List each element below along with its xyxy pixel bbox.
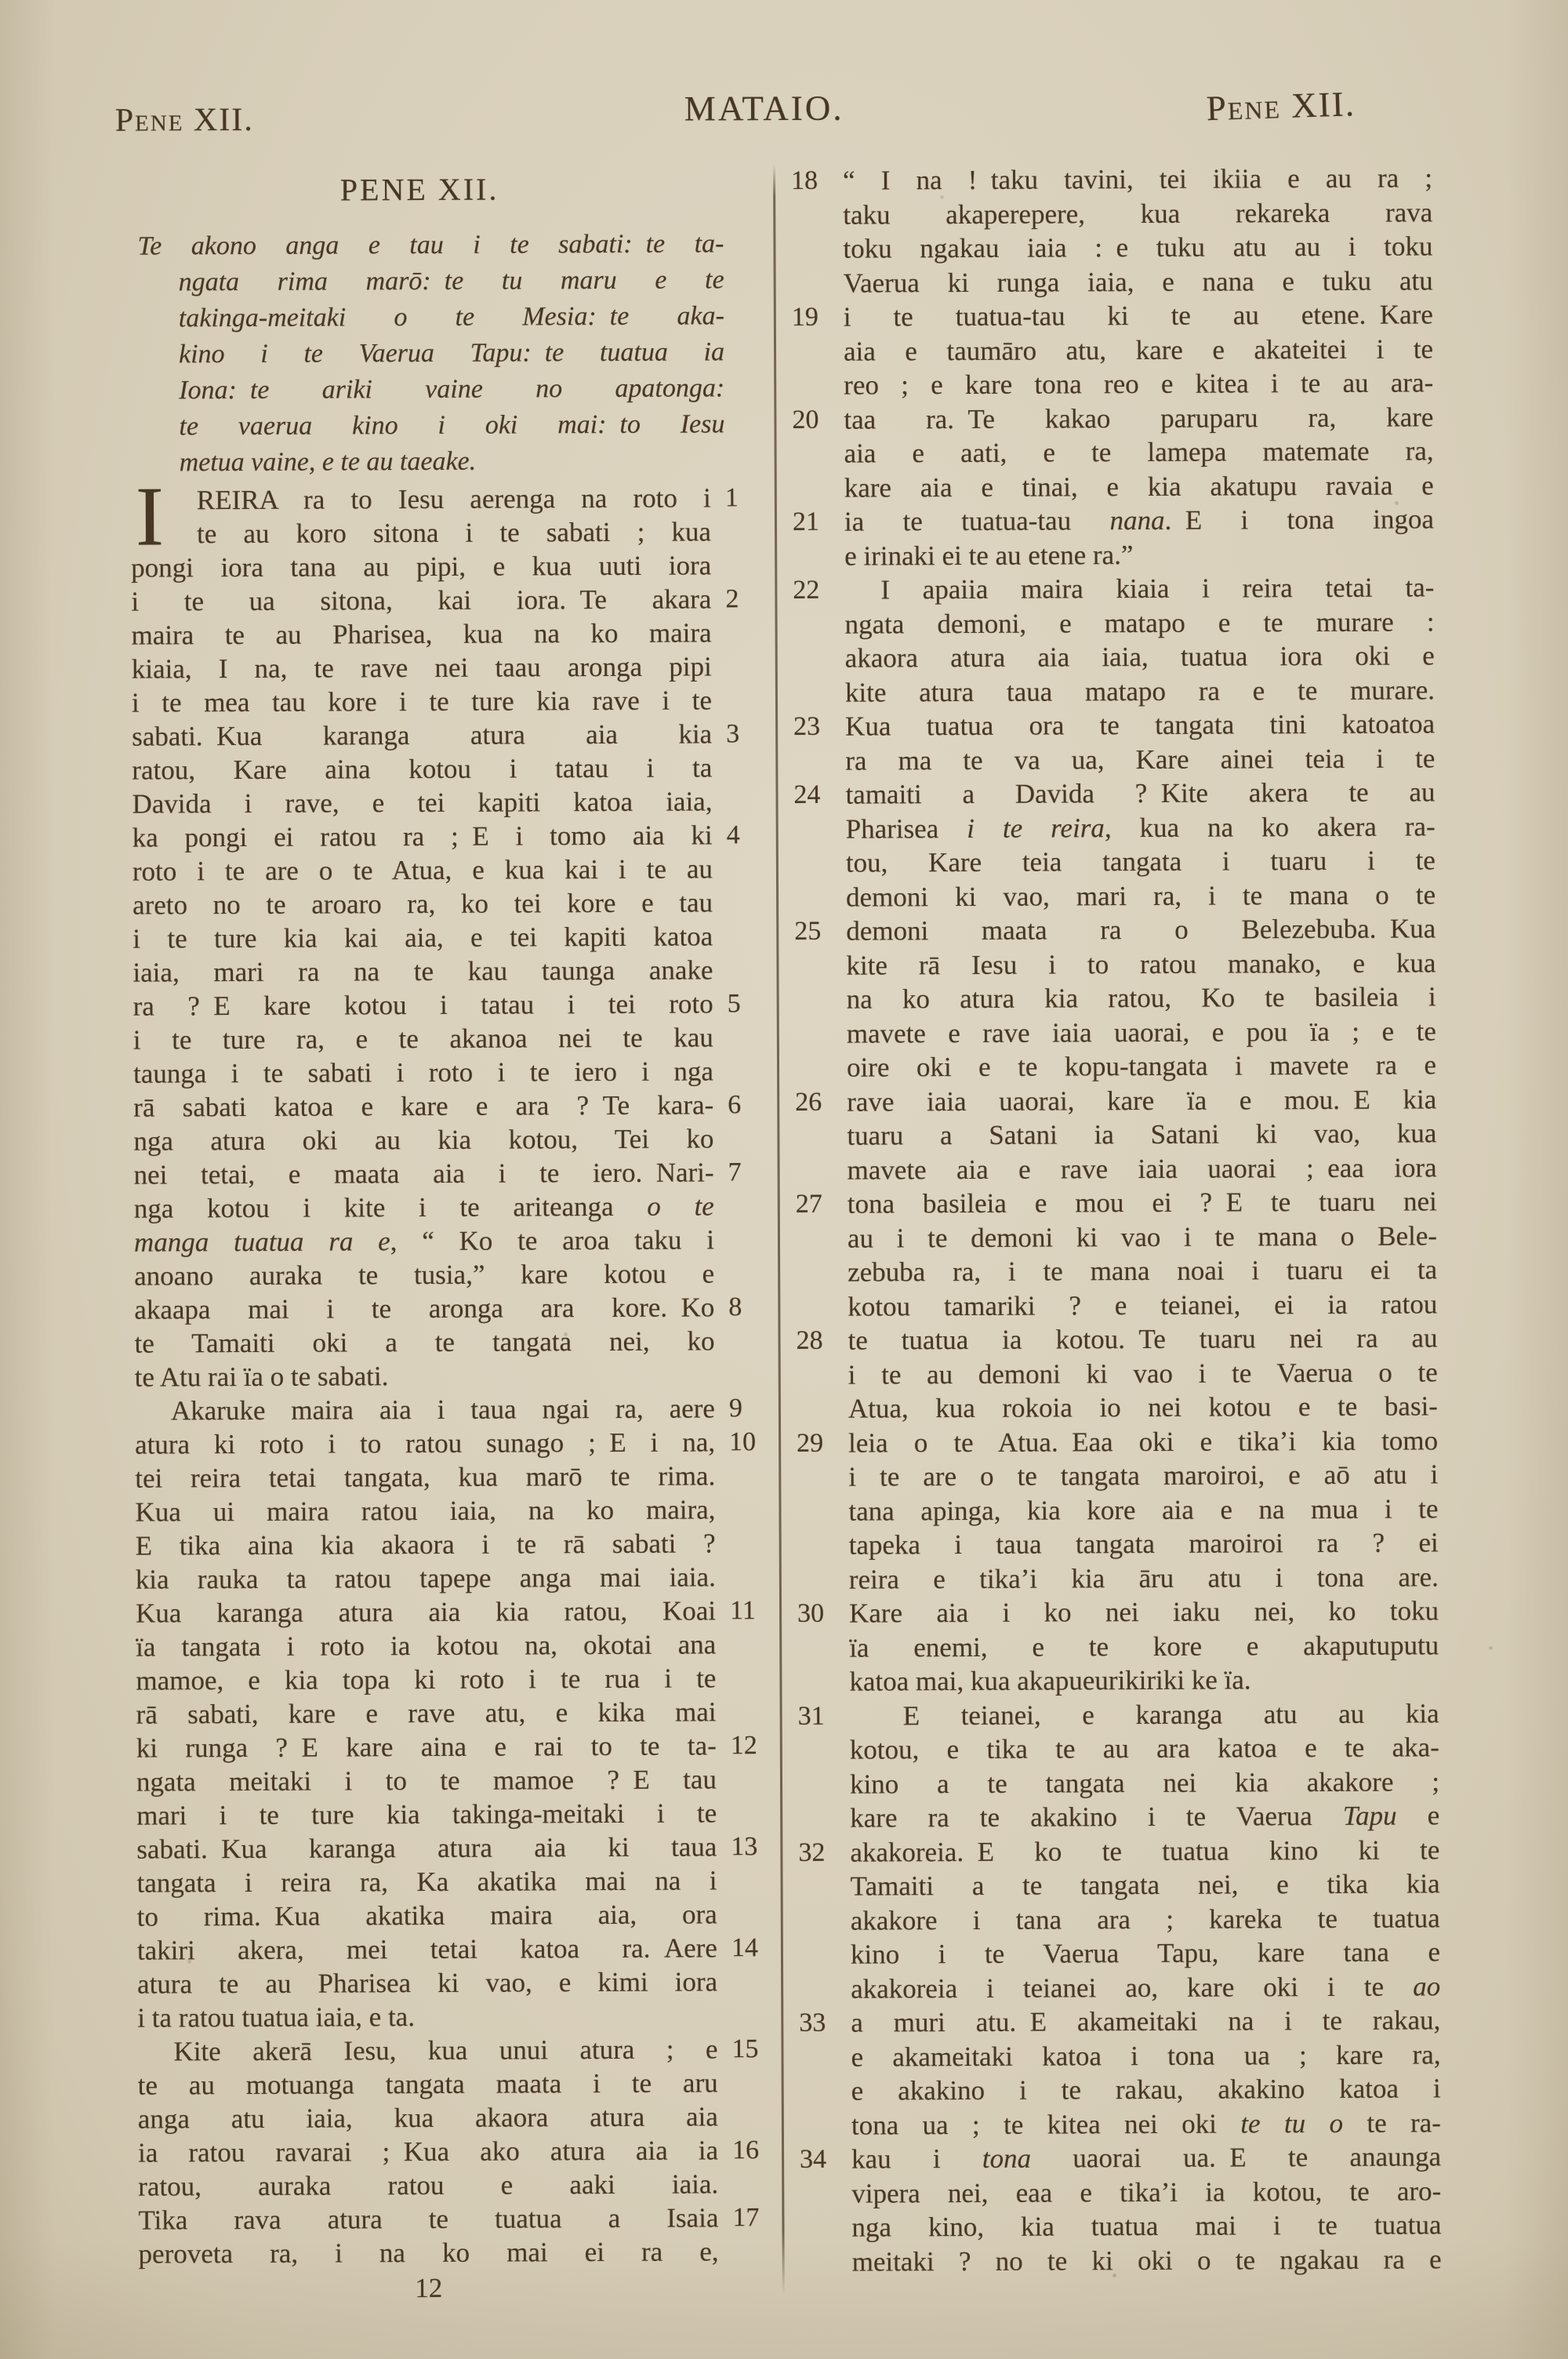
text-line: Kua ui maira ratou iaia, na ko maira,: [135, 1493, 771, 1530]
summary-line: Te akono anga e tau i te sabati: te ta-: [137, 226, 724, 264]
verse-number: 7: [728, 1156, 742, 1189]
text-segment: a muri atu. E akameitaki na i te rakau,: [851, 2005, 1440, 2037]
text-line: anga atu iaia, kua akaora atura aia: [138, 2100, 775, 2137]
text-segment: e akakino i te rakau, akakino katoa i: [851, 2073, 1441, 2106]
verse-number: 20: [792, 403, 818, 436]
summary-line: kino i te Vaerua Tapu: te tuatua ia: [138, 334, 724, 373]
text-segment: te ra-: [1343, 2107, 1441, 2139]
verse-number: 31: [798, 1699, 825, 1732]
text-segment: te Tamaiti oki a te tangata nei, ko: [134, 1325, 714, 1358]
text-segment: Tamaiti a te tangata nei, e tika kia: [851, 1868, 1440, 1901]
text-segment: ïa tangata i roto ia kotou na, okotai an…: [136, 1629, 716, 1662]
text-line: 32akakoreia. E ko te tuatua kino ki te: [797, 1834, 1449, 1870]
text-line: 12ki runga ? E kare aina e rai to te ta-: [136, 1729, 773, 1766]
text-segment: toku ngakau iaia : e tuku atu au i toku: [843, 231, 1432, 264]
text-segment: i te are o te tangata maroiroi, e aō atu…: [848, 1459, 1438, 1492]
text-line: mari i te ture kia takinga-meitaki i te: [136, 1797, 773, 1834]
book-page: Pene XII. MATAIO. Pene XII. PENE XII. Te…: [0, 0, 1568, 2359]
text-line: vipera nei, eaa e tika’i ia kotou, te ar…: [798, 2175, 1450, 2212]
text-line: akakoreia i teianei ao, kare oki i te ao: [797, 1970, 1450, 2007]
text-segment: Davida i rave, e tei kapiti katoa iaia,: [132, 786, 712, 819]
book-title: MATAIO.: [600, 87, 929, 129]
text-segment: sabati. Kua karanga atura aia ki taua: [136, 1831, 717, 1864]
text-line: 24tamaiti a Davida ? Kite akera te au: [792, 776, 1444, 812]
text-line: e irinaki ei te au etene ra.”: [791, 537, 1443, 574]
text-line: i te ture ra, e te akanoa nei te kau: [133, 1021, 770, 1058]
text-segment: kite rā Iesu i to ratou manako, e kua: [846, 947, 1436, 980]
text-segment: akakore i tana ara ; kareka te tuatua: [851, 1903, 1440, 1936]
text-segment: nei tetai, e maata aia i te iero. Nari-: [134, 1157, 714, 1190]
text-line: E tika aina kia akaora i te rā sabati ?: [136, 1527, 772, 1564]
text-line: kare ra te akakino i te Vaerua Tapu e: [797, 1799, 1449, 1836]
text-line: 5ra ? E kare kotou i tatau i tei roto: [133, 987, 770, 1024]
text-segment: i te tuatua-tau ki te au etene. Kare: [844, 299, 1433, 332]
column-divider: [773, 165, 785, 2295]
text-segment: E teianei, e karanga atu au kia: [903, 1698, 1439, 1731]
text-segment: kino a te tangata nei kia akakore ;: [850, 1766, 1439, 1799]
text-segment: i te ture ra, e te akanoa nei te kau: [133, 1022, 713, 1055]
text-line: nga kotou i kite i te ariteanga o te: [134, 1190, 771, 1227]
text-line: peroveta ra, i na ko mai ei ra e,: [139, 2235, 775, 2272]
text-line: taku akaperepere, kua rekareka rava: [789, 196, 1442, 233]
italic-text: Tapu: [1343, 1801, 1397, 1831]
text-segment: . E i tona ingoa: [1164, 503, 1434, 535]
text-line: te Tamaiti oki a te tangata nei, ko: [134, 1325, 771, 1361]
text-segment: i te ua sitona, kai iora. Te akara: [131, 583, 711, 616]
text-segment: anga atu iaia, kua akaora atura aia: [138, 2101, 718, 2134]
verse-number: 9: [729, 1392, 742, 1425]
text-segment: demoni ki vao, mari ra, i te mana o te: [846, 879, 1436, 912]
text-segment: tuaru a Satani ia Satani ki vao, kua: [847, 1118, 1436, 1150]
verse-number: 11: [730, 1594, 756, 1627]
verse-number: 19: [792, 301, 818, 334]
verse-number: 26: [795, 1085, 822, 1118]
text-line: 18“ I na ! taku tavini, tei ikiia e au r…: [789, 162, 1442, 198]
text-line: kiaia, I na, te rave nei taau aronga pip…: [132, 650, 768, 687]
text-line: 3sabati. Kua karanga atura aia kia: [132, 718, 768, 754]
text-line: meitaki ? no te ki oki o te ngakau ra e: [799, 2243, 1451, 2280]
text-line: 2i te ua sitona, kai iora. Te akara: [131, 583, 768, 620]
chapter-summary: Te akono anga e tau i te sabati: te ta-n…: [137, 226, 724, 481]
verse-number: 14: [731, 1932, 758, 1965]
text-segment: tona ua ; te kitea nei oki: [851, 2108, 1241, 2140]
text-line: maira te au Pharisea, kua na ko maira: [132, 616, 768, 653]
verse-number: 33: [799, 2007, 826, 2040]
text-line: 22I apaiia maira kiaia i reira tetai ta-: [791, 571, 1443, 608]
text-line: tana apinga, kia kore aia e na mua i te: [795, 1492, 1447, 1529]
text-line: 33a muri atu. E akameitaki na i te rakau…: [797, 2004, 1450, 2041]
text-line: roto i te are o te Atua, e kua kai i te …: [132, 852, 769, 889]
text-segment: tangata i reira ra, Ka akatika mai na i: [136, 1865, 717, 1898]
text-line: i ta ratou tuatua iaia, e ta.: [137, 1999, 774, 2036]
text-segment: rā sabati katoa e kare e ara ? Te kara-: [133, 1089, 713, 1122]
text-segment: nga kino, kia tuatua mai i te tuatua: [851, 2209, 1441, 2242]
verse-number: 23: [793, 711, 820, 743]
text-line: mavete e rave iaia uaorai, e pou ïa ; e …: [793, 1015, 1446, 1052]
text-segment: i te mea tau kore i te ture kia rave i t…: [132, 685, 712, 718]
text-line: Vaerua ki runga iaia, e nana e tuku atu: [790, 264, 1443, 301]
italic-text: nana: [1109, 505, 1164, 536]
verse-number: 24: [793, 779, 820, 812]
text-line: akakore i tana ara ; kareka te tuatua: [797, 1902, 1450, 1939]
text-segment: ngata meitaki i to te mamoe ? E tau: [136, 1764, 717, 1797]
text-line: mamoe, e kia topa ki roto i te rua i te: [136, 1662, 772, 1699]
text-segment: na ko atura kia ratou, Ko te basileia i: [847, 981, 1436, 1014]
text-segment: mavete aia e rave iaia uaorai ; eaa iora: [848, 1152, 1437, 1185]
text-line: kare aia e tinai, e kia akatupu ravaia e: [791, 469, 1443, 506]
text-line: 9Akaruke maira aia i taua ngai ra, aere: [135, 1392, 771, 1429]
text-line: 20taa ra. Te kakao paruparu ra, kare: [790, 401, 1443, 438]
chapter-heading: PENE XII.: [129, 169, 710, 209]
text-segment: kare aia e tinai, e kia akatupu ravaia e: [844, 470, 1434, 503]
italic-text: te tu o: [1240, 2107, 1343, 2139]
text-line: te au koro sitona i te sabati ; kua: [131, 515, 768, 552]
verse-number: 21: [793, 506, 819, 539]
text-segment: reo ; e kare tona reo e kitea i te au ar…: [844, 367, 1433, 400]
text-line: tapeka i taua tangata maroiroi ra ? ei: [796, 1526, 1448, 1563]
text-segment: nga atura oki au kia kotou, Tei ko: [133, 1123, 713, 1156]
text-segment: sabati. Kua karanga atura aia kia: [132, 718, 712, 751]
text-segment: te au motuanga tangata maata i te aru: [138, 2067, 718, 2100]
verse-number: 10: [729, 1426, 756, 1459]
text-line: kotou tamariki ? e teianei, ei ia ratou: [794, 1288, 1446, 1325]
text-line: 13sabati. Kua karanga atura aia ki taua: [136, 1830, 773, 1867]
text-line: i te au demoni ki vao i te Vaerua o te: [795, 1356, 1447, 1393]
text-segment: atura te au Pharisea ki vao, e kimi iora: [137, 1966, 717, 1999]
text-segment: vipera nei, eaa e tika’i ia kotou, te ar…: [851, 2175, 1441, 2208]
verse-number: 16: [732, 2134, 759, 2167]
text-segment: e: [1396, 1800, 1439, 1830]
text-line: kia rauka ta ratou tapepe anga mai iaia.: [136, 1561, 772, 1598]
text-line: 1REIRA ra to Iesu aerenga na roto i: [131, 482, 768, 518]
text-line: tei reira tetai tangata, kua marō te rim…: [135, 1459, 771, 1496]
text-line: ra ma te va ua, Kare ainei teia i te: [792, 742, 1444, 779]
text-segment: ïa enemi, e te kore e akaputuputu: [849, 1630, 1439, 1663]
text-segment: “ I na ! taku tavini, tei ikiia e au ra …: [843, 162, 1432, 195]
verse-number: 2: [725, 583, 739, 616]
text-segment: kite atura taua matapo ra e te murare.: [845, 674, 1435, 707]
verse-number: 30: [797, 1598, 824, 1630]
text-line: oire oki e te kopu-tangata i mavete ra e: [793, 1049, 1446, 1085]
text-segment: iaia, mari ra na te kau taunga anake: [132, 954, 713, 987]
text-segment: kotou, e tika te au ara katoa e te aka-: [850, 1732, 1439, 1765]
text-segment: ra ? E kare kotou i tatau i tei roto: [133, 988, 713, 1021]
text-line: aia e aati, e te lamepa matemate ra,: [791, 434, 1443, 471]
text-line: pongi iora tana au pipi, e kua uuti iora: [131, 549, 768, 586]
text-segment: rave iaia uaorai, kare ïa e mou. E kia: [847, 1084, 1436, 1117]
summary-line: Iona: te ariki vaine no apatonga:: [138, 370, 724, 409]
text-segment: meitaki ? no te ki oki o te ngakau ra e: [852, 2244, 1442, 2277]
text-line: ngata meitaki i to te mamoe ? E tau: [136, 1763, 773, 1800]
text-line: toku ngakau iaia : e tuku atu au i toku: [789, 230, 1442, 267]
text-line: au i te demoni ki vao i te mana o Bele-: [794, 1219, 1446, 1256]
text-line: ratou, Kare aina kotou i tatau i ta: [132, 751, 768, 788]
italic-text: tona: [982, 2143, 1031, 2174]
text-segment: kare ra te akakino i te Vaerua: [850, 1801, 1343, 1834]
text-line: Davida i rave, e tei kapiti katoa iaia,: [132, 785, 768, 822]
text-segment: Tika rava atura te tuatua a Isaia: [138, 2202, 718, 2235]
verse-number: 27: [796, 1188, 822, 1221]
text-segment: te au koro sitona i te sabati ; kua: [197, 516, 711, 549]
text-segment: e irinaki ei te au etene ra.”: [844, 540, 1133, 572]
text-segment: , kua na ko akera ra-: [1105, 811, 1436, 843]
text-line: mavete aia e rave iaia uaorai ; eaa iora: [794, 1151, 1446, 1188]
verse-number: 12: [731, 1729, 757, 1762]
page-number: 12: [139, 2271, 719, 2305]
text-line: Atua, kua rokoia io nei kotou e te basi-: [795, 1390, 1447, 1427]
text-line: tou, Kare teia tangata i tuaru i te: [793, 844, 1445, 881]
text-line: reo ; e kare tona reo e kitea i te au ar…: [790, 366, 1443, 403]
running-head-right: Pene XII.: [1206, 83, 1356, 129]
text-segment: ngata demoni, e matapo e te murare :: [844, 606, 1434, 639]
text-line: 19i te tuatua-tau ki te au etene. Kare: [790, 298, 1443, 335]
text-segment: oire oki e te kopu-tangata i mavete ra e: [847, 1049, 1436, 1082]
text-segment: ia ratou ravarai ; Kua ako atura aia ia: [138, 2135, 718, 2168]
text-line: 27tona basileia e mou ei ? E te tuaru ne…: [794, 1185, 1446, 1222]
text-line: tangata i reira ra, Ka akatika mai na i: [136, 1864, 773, 1901]
text-line: ratou, auraka ratou e aaki iaia.: [138, 2168, 775, 2205]
text-segment: i te au demoni ki vao i te Vaerua o te: [848, 1357, 1438, 1390]
text-segment: Atua, kua rokoia io nei kotou e te basi-: [848, 1390, 1438, 1423]
text-segment: ia te tuatua-tau: [844, 505, 1110, 536]
text-line: anoano auraka te tusia,” kare kotou e: [134, 1257, 771, 1294]
text-segment: zebuba ra, i te mana noai i tuaru ei ta: [848, 1254, 1437, 1287]
verse-number: 25: [794, 915, 821, 948]
text-segment: taku akaperepere, kua rekareka rava: [843, 197, 1432, 230]
text-segment: tona basileia e mou ei ? E te tuaru nei: [848, 1186, 1437, 1219]
text-segment: e akameitaki katoa i tona ua ; kare ra,: [851, 2039, 1440, 2072]
text-segment: uaorai ua. E te anaunga: [1031, 2141, 1441, 2173]
verse-number: 1: [725, 482, 739, 514]
text-line: iaia, mari ra na te kau taunga anake: [132, 954, 769, 990]
text-line: 23Kua tuatua ora te tangata tini katoato…: [792, 707, 1444, 744]
text-line: kotou, e tika te au ara katoa e te aka-: [797, 1731, 1449, 1768]
text-line: 8akaapa mai i te aronga ara kore. Ko: [134, 1291, 771, 1328]
text-segment: ra ma te va ua, Kare ainei teia i te: [845, 743, 1435, 776]
text-segment: atura ki roto i to ratou sunago ; E i na…: [135, 1427, 715, 1459]
text-segment: kia rauka ta ratou tapepe anga mai iaia.: [136, 1561, 716, 1594]
text-line: demoni ki vao, mari ra, i te mana o te: [793, 878, 1445, 915]
text-line: to rima. Kua akatika maira aia, ora: [137, 1898, 774, 1935]
text-line: 31E teianei, e karanga atu au kia: [797, 1697, 1449, 1734]
text-segment: kino i te Vaerua Tapu, kare tana e: [851, 1936, 1440, 1969]
text-segment: areto no te aroaro ra, ko tei kore e tau: [132, 887, 713, 920]
verse-number: 4: [727, 819, 740, 852]
text-segment: anoano auraka te tusia,” kare kotou e: [134, 1258, 714, 1291]
text-segment: akakoreia i teianei ao, kare oki i te: [851, 1971, 1413, 2004]
text-segment: kotou tamariki ? e teianei, ei ia ratou: [848, 1289, 1437, 1321]
text-segment: Vaerua ki runga iaia, e nana e tuku atu: [844, 265, 1433, 298]
text-line: 17Tika rava atura te tuatua a Isaia: [138, 2201, 775, 2238]
verse-number: 8: [728, 1291, 742, 1324]
text-line: 11Kua karanga atura aia kia ratou, Koai: [136, 1594, 772, 1631]
text-segment: Akaruke maira aia i taua ngai ra, aere: [171, 1393, 715, 1426]
text-segment: REIRA ra to Iesu aerenga na roto i: [197, 482, 711, 515]
text-segment: mavete e rave iaia uaorai, e pou ïa ; e …: [847, 1016, 1436, 1049]
text-segment: to rima. Kua akatika maira aia, ora: [137, 1899, 717, 1932]
text-segment: kiaia, I na, te rave nei taau aronga pip…: [132, 651, 712, 684]
text-line: e akakino i te rakau, akakino katoa i: [798, 2072, 1450, 2109]
text-line: 10atura ki roto i to ratou sunago ; E i …: [135, 1426, 771, 1463]
text-line: 28te tuatua ia kotou. Te tuaru nei ra au: [794, 1321, 1446, 1358]
text-line: i te are o te tangata maroiroi, e aō atu…: [795, 1458, 1447, 1495]
text-line: 25demoni maata ra o Belezebuba. Kua: [793, 912, 1445, 949]
text-line: kite atura taua matapo ra e te murare.: [792, 674, 1444, 711]
text-line: kino a te tangata nei kia akakore ;: [797, 1765, 1449, 1802]
page-sheet: Pene XII. MATAIO. Pene XII. PENE XII. Te…: [0, 0, 1568, 2359]
text-line: te Atu rai ïa o te sabati.: [135, 1358, 771, 1395]
text-line: i te ture kia kai aia, e tei kapiti kato…: [132, 920, 769, 957]
text-line: 29leia o te Atua. Eaa oki e tika’i kia t…: [795, 1424, 1447, 1461]
text-segment: demoni maata ra o Belezebuba. Kua: [846, 913, 1436, 946]
text-segment: akaora atura aia iaia, tuatua iora oki e: [845, 640, 1435, 673]
text-segment: Kare aia i ko nei iaku nei, ko toku: [849, 1595, 1439, 1628]
text-segment: Pharisea: [846, 812, 967, 844]
text-segment: taunga i te sabati i roto i te iero i ng…: [133, 1056, 713, 1089]
text-segment: au i te demoni ki vao i te mana o Bele-: [848, 1220, 1437, 1253]
text-segment: taa ra. Te kakao paruparu ra, kare: [844, 402, 1433, 434]
text-segment: tei reira tetai tangata, kua marō te rim…: [135, 1460, 715, 1493]
italic-text: manga tuatua ra e: [134, 1226, 390, 1257]
text-segment: rā sabati, kare e rave atu, e kika mai: [136, 1696, 717, 1729]
text-line: nga kino, kia tuatua mai i te tuatua: [798, 2208, 1450, 2245]
text-segment: leia o te Atua. Eaa oki e tika’i kia tom…: [848, 1425, 1438, 1458]
text-line: 15Kite akerā Iesu, kua unui atura ; e: [137, 2033, 774, 2070]
text-line: zebuba ra, i te mana noai i tuaru ei ta: [794, 1253, 1446, 1290]
text-line: 26rave iaia uaorai, kare ïa e mou. E kia: [793, 1083, 1446, 1120]
verse-number: 18: [791, 165, 818, 198]
text-line: 7nei tetai, e maata aia i te iero. Nari-: [134, 1156, 771, 1193]
text-line: ïa tangata i roto ia kotou na, okotai an…: [136, 1628, 772, 1665]
text-line: na ko atura kia ratou, Ko te basileia i: [793, 980, 1446, 1017]
text-line: ïa enemi, e te kore e akaputuputu: [796, 1629, 1448, 1666]
left-text-column: I 1REIRA ra to Iesu aerenga na roto ite …: [131, 482, 775, 2272]
text-segment: roto i te are o te Atua, e kua kai i te …: [132, 853, 713, 886]
text-segment: Kua karanga atura aia kia ratou, Koai: [136, 1595, 716, 1628]
text-segment: Kite akerā Iesu, kua unui atura ; e: [173, 2034, 717, 2066]
italic-text: ao: [1413, 1971, 1440, 2001]
text-line: tuaru a Satani ia Satani ki vao, kua: [793, 1117, 1446, 1154]
summary-line: metua vaine, e te au taeake.: [139, 442, 725, 481]
text-segment: te Atu rai ïa o te sabati.: [135, 1361, 389, 1392]
text-line: akaora atura aia iaia, tuatua iora oki e: [792, 639, 1444, 676]
summary-line: ngata rima marō: te tu maru e te: [138, 262, 724, 300]
text-segment: kau i: [851, 2143, 982, 2175]
text-line: kino i te Vaerua Tapu, kare tana e: [797, 1936, 1450, 1972]
running-head-left: Pene XII.: [115, 101, 254, 140]
verse-number: 6: [728, 1089, 741, 1121]
text-line: te au motuanga tangata maata i te aru: [138, 2066, 775, 2103]
text-line: Tamaiti a te tangata nei, e tika kia: [797, 1867, 1450, 1904]
text-segment: ratou, auraka ratou e aaki iaia.: [138, 2168, 718, 2201]
summary-line: takinga-meitaki o te Mesia: te aka-: [138, 298, 724, 336]
verse-number: 17: [732, 2201, 759, 2234]
text-segment: i ta ratou tuatua iaia, e ta.: [137, 2001, 415, 2034]
text-segment: tamaiti a Davida ? Kite akera te au: [845, 776, 1435, 809]
text-line: ngata demoni, e matapo e te murare :: [791, 605, 1443, 642]
text-segment: tou, Kare teia tangata i tuaru i te: [846, 845, 1436, 878]
text-segment: aia e taumāro atu, kare e akateitei i te: [844, 333, 1433, 366]
text-segment: ki runga ? E kare aina e rai to te ta-: [136, 1730, 717, 1763]
text-line: reira e tika’i kia āru atu i tona are.: [796, 1561, 1448, 1598]
text-segment: mari i te ture kia takinga-meitaki i te: [136, 1797, 717, 1830]
text-segment: Kua tuatua ora te tangata tini katoatoa: [845, 708, 1435, 741]
text-line: kite rā Iesu i to ratou manako, e kua: [793, 947, 1445, 983]
text-segment: i te ture kia kai aia, e tei kapiti kato…: [132, 921, 713, 954]
verse-number: 22: [793, 574, 819, 607]
text-segment: reira e tika’i kia āru atu i tona are.: [849, 1561, 1439, 1594]
text-line: areto no te aroaro ra, ko tei kore e tau: [132, 886, 769, 923]
text-line: nga atura oki au kia kotou, Tei ko: [133, 1122, 770, 1159]
text-segment: ratou, Kare aina kotou i tatau i ta: [132, 752, 712, 785]
right-text-column: 18“ I na ! taku tavini, tei ikiia e au r…: [789, 162, 1451, 2280]
summary-line: te vaerua kino i oki mai: to Iesu: [138, 406, 724, 445]
text-line: tona ua ; te kitea nei oki te tu o te ra…: [798, 2106, 1450, 2143]
text-line: 21ia te tuatua-tau nana. E i tona ingoa: [791, 503, 1443, 540]
text-line: i te mea tau kore i te ture kia rave i t…: [132, 684, 768, 721]
verse-number: 5: [728, 987, 741, 1020]
text-segment: katoa mai, kua akapueurikiriki ke ïa.: [849, 1664, 1250, 1696]
verse-number: 29: [797, 1427, 823, 1459]
text-line: 16ia ratou ravarai ; Kua ako atura aia i…: [138, 2134, 775, 2171]
text-segment: te tuatua ia kotou. Te tuaru nei ra au: [848, 1322, 1437, 1355]
text-line: 4ka pongi ei ratou ra ; E i tomo aia ki: [132, 819, 769, 856]
verse-number: 15: [731, 2033, 758, 2066]
text-line: e akameitaki katoa i tona ua ; kare ra,: [797, 2038, 1450, 2075]
verse-number: 13: [731, 1830, 757, 1863]
text-segment: ka pongi ei ratou ra ; E i tomo aia ki: [132, 820, 713, 852]
text-segment: peroveta ra, i na ko mai ei ra e,: [139, 2236, 719, 2269]
text-segment: takiri akera, mei tetai katoa ra. Aere: [137, 1932, 717, 1965]
text-segment: I apaiia maira kiaia i reira tetai ta-: [880, 572, 1434, 605]
text-segment: aia e aati, e te lamepa matemate ra,: [844, 435, 1434, 468]
text-line: 30Kare aia i ko nei iaku nei, ko toku: [796, 1594, 1448, 1631]
text-line: katoa mai, kua akapueurikiriki ke ïa.: [796, 1663, 1448, 1699]
text-segment: tapeka i taua tangata maroiroi ra ? ei: [849, 1527, 1439, 1560]
text-line: manga tuatua ra e, “ Ko te aroa taku i: [134, 1223, 771, 1260]
verse-number: 34: [800, 2143, 826, 2176]
text-segment: tana apinga, kia kore aia e na mua i te: [848, 1493, 1438, 1526]
verse-number: 3: [726, 718, 739, 751]
text-segment: E tika aina kia akaora i te rā sabati ?: [136, 1528, 716, 1561]
text-line: 14takiri akera, mei tetai katoa ra. Aere: [137, 1932, 774, 1968]
verse-number: 32: [798, 1836, 825, 1869]
text-line: 34kau i tona uaorai ua. E te anaunga: [798, 2140, 1450, 2177]
text-line: aia e taumāro atu, kare e akateitei i te: [790, 333, 1443, 369]
italic-text: i te reira: [967, 812, 1105, 844]
text-segment: , “ Ko te aroa taku i: [390, 1224, 714, 1256]
text-segment: Kua ui maira ratou iaia, na ko maira,: [135, 1494, 715, 1527]
text-segment: akakoreia. E ko te tuatua kino ki te: [850, 1834, 1439, 1867]
text-segment: nga kotou i kite i te ariteanga: [134, 1191, 648, 1224]
text-segment: maira te au Pharisea, kua na ko maira: [132, 617, 712, 650]
italic-text: o te: [647, 1190, 714, 1221]
verse-number: 28: [796, 1325, 822, 1358]
text-line: 6rā sabati katoa e kare e ara ? Te kara-: [133, 1089, 770, 1125]
text-segment: mamoe, e kia topa ki roto i te rua i te: [136, 1663, 716, 1696]
text-line: rā sabati, kare e rave atu, e kika mai: [136, 1696, 773, 1732]
text-line: Pharisea i te reira, kua na ko akera ra-: [793, 810, 1445, 847]
text-segment: pongi iora tana au pipi, e kua uuti iora: [131, 550, 711, 583]
text-line: taunga i te sabati i roto i te iero i ng…: [133, 1055, 770, 1092]
text-line: atura te au Pharisea ki vao, e kimi iora: [137, 1965, 774, 2002]
text-segment: akaapa mai i te aronga ara kore. Ko: [134, 1292, 714, 1325]
